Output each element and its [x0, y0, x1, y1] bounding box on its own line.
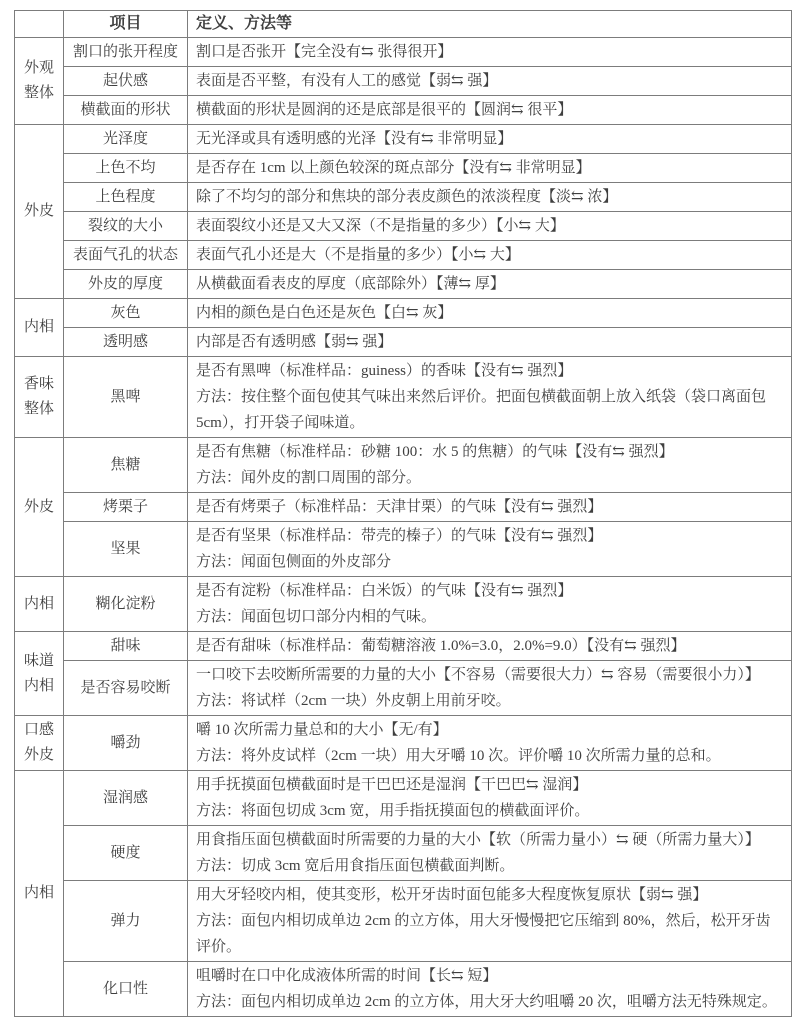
definition-paragraph: 横截面的形状是圆润的还是底部是很平的【圆润⇆ 很平】 — [196, 97, 781, 123]
definition-paragraph: 一口咬下去咬断所需要的力量的大小【不容易（需要很大力）⇆ 容易（需要很小力）】 — [196, 662, 781, 688]
definition-paragraph: 用大牙轻咬内相，使其变形，松开牙齿时面包能多大程度恢复原状【弱⇆ 强】 — [196, 882, 781, 908]
definition-paragraph: 是否有甜味（标准样品：葡萄糖溶液 1.0%=3.0，2.0%=9.0）【没有⇆ … — [196, 633, 781, 659]
definition-paragraph: 咀嚼时在口中化成液体所需的时间【长⇆ 短】 — [196, 963, 781, 989]
table-row: 是否容易咬断一口咬下去咬断所需要的力量的大小【不容易（需要很大力）⇆ 容易（需要… — [15, 661, 792, 716]
table-row: 外观整体割口的张开程度割口是否张开【完全没有⇆ 张得很开】 — [15, 38, 792, 67]
definition-cell: 从横截面看表皮的厚度（底部除外）【薄⇆ 厚】 — [188, 270, 792, 299]
table-row: 上色程度除了不均匀的部分和焦块的部分表皮颜色的浓淡程度【淡⇆ 浓】 — [15, 183, 792, 212]
definition-paragraph: 是否有坚果（标准样品：带壳的榛子）的气味【没有⇆ 强烈】 — [196, 523, 781, 549]
header-row: 项目 定义、方法等 — [15, 11, 792, 38]
table-row: 弹力用大牙轻咬内相，使其变形，松开牙齿时面包能多大程度恢复原状【弱⇆ 强】方法：… — [15, 881, 792, 962]
definition-paragraph: 嚼 10 次所需力量总和的大小【无/有】 — [196, 717, 781, 743]
item-cell: 黑啤 — [64, 357, 188, 438]
table-row: 横截面的形状横截面的形状是圆润的还是底部是很平的【圆润⇆ 很平】 — [15, 96, 792, 125]
definition-cell: 表面裂纹小还是又大又深（不是指量的多少）【小⇆ 大】 — [188, 212, 792, 241]
table-row: 香味整体黑啤是否有黑啤（标准样品：guiness）的香味【没有⇆ 强烈】方法：按… — [15, 357, 792, 438]
item-cell: 透明感 — [64, 328, 188, 357]
definition-cell: 用食指压面包横截面时所需要的力量的大小【软（所需力量小）⇆ 硬（所需力量大）】方… — [188, 826, 792, 881]
item-cell: 弹力 — [64, 881, 188, 962]
definition-paragraph: 内相的颜色是白色还是灰色【白⇆ 灰】 — [196, 300, 781, 326]
table-row: 透明感内部是否有透明感【弱⇆ 强】 — [15, 328, 792, 357]
evaluation-table: 项目 定义、方法等 外观整体割口的张开程度割口是否张开【完全没有⇆ 张得很开】起… — [14, 10, 792, 1017]
definition-paragraph: 方法：将面包切成 3cm 宽，用手指抚摸面包的横截面评价。 — [196, 798, 781, 824]
table-row: 内相灰色内相的颜色是白色还是灰色【白⇆ 灰】 — [15, 299, 792, 328]
category-cell: 内相 — [15, 299, 64, 357]
table-row: 外皮焦糖是否有焦糖（标准样品：砂糖 100：水 5 的焦糖）的气味【没有⇆ 强烈… — [15, 438, 792, 493]
category-cell: 外皮 — [15, 125, 64, 299]
definition-paragraph: 方法：按住整个面包使其气味出来然后评价。把面包横截面朝上放入纸袋（袋口离面包 5… — [196, 384, 781, 436]
definition-paragraph: 方法：闻外皮的割口周围的部分。 — [196, 465, 781, 491]
item-cell: 糊化淀粉 — [64, 577, 188, 632]
definition-cell: 一口咬下去咬断所需要的力量的大小【不容易（需要很大力）⇆ 容易（需要很小力）】方… — [188, 661, 792, 716]
item-cell: 化口性 — [64, 962, 188, 1017]
definition-paragraph: 无光泽或具有透明感的光泽【没有⇆ 非常明显】 — [196, 126, 781, 152]
definition-cell: 是否有黑啤（标准样品：guiness）的香味【没有⇆ 强烈】方法：按住整个面包使… — [188, 357, 792, 438]
definition-paragraph: 表面气孔小还是大（不是指量的多少）【小⇆ 大】 — [196, 242, 781, 268]
item-cell: 裂纹的大小 — [64, 212, 188, 241]
header-definition-cell: 定义、方法等 — [188, 11, 792, 38]
definition-cell: 是否存在 1cm 以上颜色较深的斑点部分【没有⇆ 非常明显】 — [188, 154, 792, 183]
definition-cell: 用手抚摸面包横截面时是干巴巴还是湿润【干巴巴⇆ 湿润】方法：将面包切成 3cm … — [188, 771, 792, 826]
definition-paragraph: 是否有焦糖（标准样品：砂糖 100：水 5 的焦糖）的气味【没有⇆ 强烈】 — [196, 439, 781, 465]
item-cell: 硬度 — [64, 826, 188, 881]
item-cell: 嚼劲 — [64, 716, 188, 771]
item-cell: 割口的张开程度 — [64, 38, 188, 67]
table-row: 坚果是否有坚果（标准样品：带壳的榛子）的气味【没有⇆ 强烈】方法：闻面包侧面的外… — [15, 522, 792, 577]
table-row: 味道内相甜味是否有甜味（标准样品：葡萄糖溶液 1.0%=3.0，2.0%=9.0… — [15, 632, 792, 661]
definition-cell: 割口是否张开【完全没有⇆ 张得很开】 — [188, 38, 792, 67]
definition-cell: 内相的颜色是白色还是灰色【白⇆ 灰】 — [188, 299, 792, 328]
definition-paragraph: 内部是否有透明感【弱⇆ 强】 — [196, 329, 781, 355]
table-row: 口感外皮嚼劲嚼 10 次所需力量总和的大小【无/有】方法：将外皮试样（2cm 一… — [15, 716, 792, 771]
table-body: 项目 定义、方法等 外观整体割口的张开程度割口是否张开【完全没有⇆ 张得很开】起… — [15, 11, 792, 1017]
definition-paragraph: 方法：将试样（2cm 一块）外皮朝上用前牙咬。 — [196, 688, 781, 714]
definition-cell: 横截面的形状是圆润的还是底部是很平的【圆润⇆ 很平】 — [188, 96, 792, 125]
item-cell: 灰色 — [64, 299, 188, 328]
definition-paragraph: 是否有黑啤（标准样品：guiness）的香味【没有⇆ 强烈】 — [196, 358, 781, 384]
document-page: 项目 定义、方法等 外观整体割口的张开程度割口是否张开【完全没有⇆ 张得很开】起… — [0, 0, 800, 1026]
table-row: 烤栗子是否有烤栗子（标准样品：天津甘栗）的气味【没有⇆ 强烈】 — [15, 493, 792, 522]
definition-cell: 是否有甜味（标准样品：葡萄糖溶液 1.0%=3.0，2.0%=9.0）【没有⇆ … — [188, 632, 792, 661]
table-row: 化口性咀嚼时在口中化成液体所需的时间【长⇆ 短】方法：面包内相切成单边 2cm … — [15, 962, 792, 1017]
definition-paragraph: 表面是否平整，有没有人工的感觉【弱⇆ 强】 — [196, 68, 781, 94]
definition-paragraph: 方法：面包内相切成单边 2cm 的立方体，用大牙慢慢把它压缩到 80%，然后，松… — [196, 908, 781, 960]
header-item-cell: 项目 — [64, 11, 188, 38]
definition-cell: 无光泽或具有透明感的光泽【没有⇆ 非常明显】 — [188, 125, 792, 154]
definition-paragraph: 从横截面看表皮的厚度（底部除外）【薄⇆ 厚】 — [196, 271, 781, 297]
table-row: 裂纹的大小表面裂纹小还是又大又深（不是指量的多少）【小⇆ 大】 — [15, 212, 792, 241]
category-cell: 外皮 — [15, 438, 64, 577]
definition-paragraph: 方法：将外皮试样（2cm 一块）用大牙嚼 10 次。评价嚼 10 次所需力量的总… — [196, 743, 781, 769]
category-cell: 外观整体 — [15, 38, 64, 125]
definition-cell: 是否有淀粉（标准样品：白米饭）的气味【没有⇆ 强烈】方法：闻面包切口部分内相的气… — [188, 577, 792, 632]
table-row: 硬度用食指压面包横截面时所需要的力量的大小【软（所需力量小）⇆ 硬（所需力量大）… — [15, 826, 792, 881]
table-row: 内相湿润感用手抚摸面包横截面时是干巴巴还是湿润【干巴巴⇆ 湿润】方法：将面包切成… — [15, 771, 792, 826]
item-cell: 起伏感 — [64, 67, 188, 96]
item-cell: 横截面的形状 — [64, 96, 188, 125]
item-cell: 湿润感 — [64, 771, 188, 826]
item-cell: 上色程度 — [64, 183, 188, 212]
category-cell: 香味整体 — [15, 357, 64, 438]
definition-paragraph: 除了不均匀的部分和焦块的部分表皮颜色的浓淡程度【淡⇆ 浓】 — [196, 184, 781, 210]
definition-paragraph: 方法：面包内相切成单边 2cm 的立方体，用大牙大约咀嚼 20 次，咀嚼方法无特… — [196, 989, 781, 1015]
definition-paragraph: 用食指压面包横截面时所需要的力量的大小【软（所需力量小）⇆ 硬（所需力量大）】 — [196, 827, 781, 853]
definition-paragraph: 割口是否张开【完全没有⇆ 张得很开】 — [196, 39, 781, 65]
table-row: 外皮光泽度无光泽或具有透明感的光泽【没有⇆ 非常明显】 — [15, 125, 792, 154]
item-cell: 表面气孔的状态 — [64, 241, 188, 270]
item-cell: 坚果 — [64, 522, 188, 577]
definition-cell: 内部是否有透明感【弱⇆ 强】 — [188, 328, 792, 357]
item-cell: 烤栗子 — [64, 493, 188, 522]
table-row: 内相糊化淀粉是否有淀粉（标准样品：白米饭）的气味【没有⇆ 强烈】方法：闻面包切口… — [15, 577, 792, 632]
category-cell: 内相 — [15, 771, 64, 1017]
definition-paragraph: 是否有淀粉（标准样品：白米饭）的气味【没有⇆ 强烈】 — [196, 578, 781, 604]
item-cell: 外皮的厚度 — [64, 270, 188, 299]
definition-cell: 除了不均匀的部分和焦块的部分表皮颜色的浓淡程度【淡⇆ 浓】 — [188, 183, 792, 212]
item-cell: 是否容易咬断 — [64, 661, 188, 716]
definition-cell: 咀嚼时在口中化成液体所需的时间【长⇆ 短】方法：面包内相切成单边 2cm 的立方… — [188, 962, 792, 1017]
category-cell: 味道内相 — [15, 632, 64, 716]
category-cell: 口感外皮 — [15, 716, 64, 771]
definition-cell: 是否有坚果（标准样品：带壳的榛子）的气味【没有⇆ 强烈】方法：闻面包侧面的外皮部… — [188, 522, 792, 577]
table-row: 上色不均是否存在 1cm 以上颜色较深的斑点部分【没有⇆ 非常明显】 — [15, 154, 792, 183]
item-cell: 上色不均 — [64, 154, 188, 183]
table-row: 起伏感表面是否平整，有没有人工的感觉【弱⇆ 强】 — [15, 67, 792, 96]
definition-cell: 用大牙轻咬内相，使其变形，松开牙齿时面包能多大程度恢复原状【弱⇆ 强】方法：面包… — [188, 881, 792, 962]
table-row: 表面气孔的状态表面气孔小还是大（不是指量的多少）【小⇆ 大】 — [15, 241, 792, 270]
definition-cell: 嚼 10 次所需力量总和的大小【无/有】方法：将外皮试样（2cm 一块）用大牙嚼… — [188, 716, 792, 771]
item-cell: 光泽度 — [64, 125, 188, 154]
definition-paragraph: 方法：闻面包侧面的外皮部分 — [196, 549, 781, 575]
definition-paragraph: 方法：切成 3cm 宽后用食指压面包横截面判断。 — [196, 853, 781, 879]
item-cell: 甜味 — [64, 632, 188, 661]
definition-cell: 是否有烤栗子（标准样品：天津甘栗）的气味【没有⇆ 强烈】 — [188, 493, 792, 522]
definition-cell: 表面是否平整，有没有人工的感觉【弱⇆ 强】 — [188, 67, 792, 96]
definition-paragraph: 方法：闻面包切口部分内相的气味。 — [196, 604, 781, 630]
definition-paragraph: 用手抚摸面包横截面时是干巴巴还是湿润【干巴巴⇆ 湿润】 — [196, 772, 781, 798]
definition-cell: 是否有焦糖（标准样品：砂糖 100：水 5 的焦糖）的气味【没有⇆ 强烈】方法：… — [188, 438, 792, 493]
category-cell: 内相 — [15, 577, 64, 632]
item-cell: 焦糖 — [64, 438, 188, 493]
table-row: 外皮的厚度从横截面看表皮的厚度（底部除外）【薄⇆ 厚】 — [15, 270, 792, 299]
definition-paragraph: 是否存在 1cm 以上颜色较深的斑点部分【没有⇆ 非常明显】 — [196, 155, 781, 181]
definition-cell: 表面气孔小还是大（不是指量的多少）【小⇆ 大】 — [188, 241, 792, 270]
definition-paragraph: 是否有烤栗子（标准样品：天津甘栗）的气味【没有⇆ 强烈】 — [196, 494, 781, 520]
definition-paragraph: 表面裂纹小还是又大又深（不是指量的多少）【小⇆ 大】 — [196, 213, 781, 239]
header-category-cell — [15, 11, 64, 38]
